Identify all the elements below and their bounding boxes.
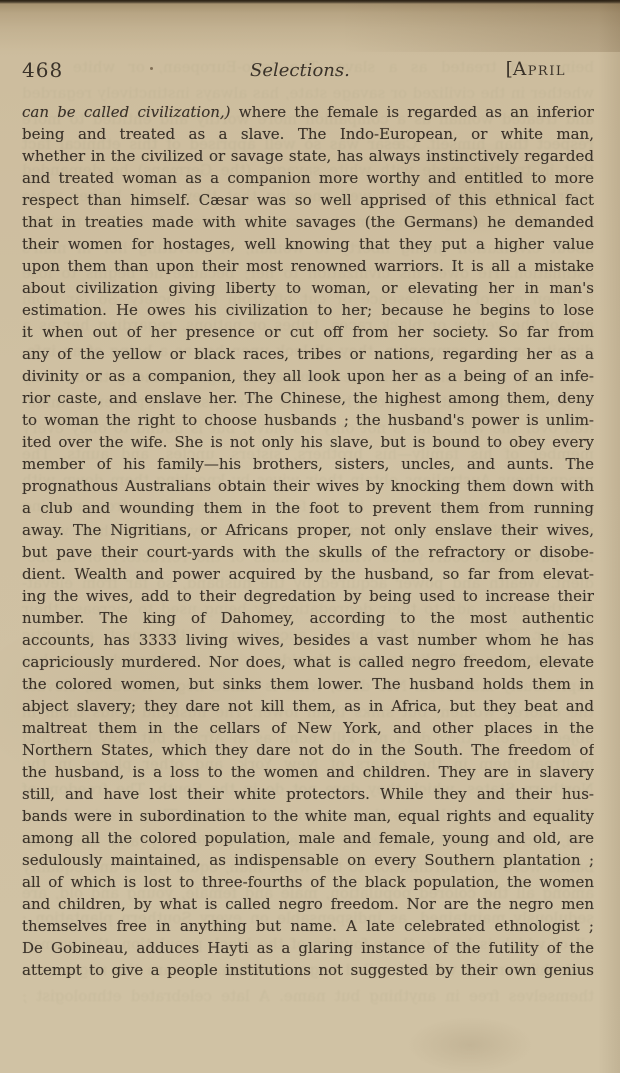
body-line-2: being and treated as a slave. The Indo-E… [22,123,594,145]
issue-bracket: [ [506,59,513,80]
body-line-34: among all the colored population, male a… [22,827,594,849]
body-line-33: bands were in subordination to the white… [22,805,594,827]
body-line-10: estimation. He owes his civilization to … [22,299,594,321]
body-line-6: that in treaties made with white savages… [22,211,594,233]
bleed-through-line: themselves free in anything but name. A … [22,984,594,1010]
body-line-26: capriciously murdered. Nor does, what is… [22,651,594,673]
body-line-30: Northern States, which they dare not do … [22,739,594,761]
ink-speck [150,67,153,70]
body-line-19: a club and wounding them in the foot to … [22,497,594,519]
body-line-7: their women for hostages, well knowing t… [22,233,594,255]
body-line-29: maltreat them in the cellars of New York… [22,717,594,739]
page-content: 468 Selections. [April can be called civ… [0,58,620,981]
page-header: 468 Selections. [April [22,58,594,84]
body-line-38: themselves free in anything but name. A … [22,915,594,937]
body-line-28: abject slavery; they dare not kill them,… [22,695,594,717]
scanned-page: being and treated as a slave. The Indo-E… [0,0,620,1073]
body-line-8: upon them than upon their most renowned … [22,255,594,277]
body-line-23: ing the wives, add to their degredation … [22,585,594,607]
body-line-27: the colored women, but sinks them lower.… [22,673,594,695]
body-line-5: respect than himself. Cæsar was so well … [22,189,594,211]
body-lines-container: being and treated as a slave. The Indo-E… [22,123,594,981]
body-line-1: can be called civilization,) where the f… [22,101,594,123]
body-line-25: accounts, has 3333 living wives, besides… [22,629,594,651]
italic-lead: can be called civilization,) [22,103,231,121]
running-title: Selections. [250,60,350,81]
body-line-4: and treated woman as a companion more wo… [22,167,594,189]
body-line-31: the husband, is a loss to the women and … [22,761,594,783]
body-line-22: dient. Wealth and power acquired by the … [22,563,594,585]
body-line-18: prognathous Australians obtain their wiv… [22,475,594,497]
body-line-12: any of the yellow or black races, tribes… [22,343,594,365]
first-line-rest: where the female is regarded as an infer… [231,103,594,121]
body-line-20: away. The Nigritians, or Africans proper… [22,519,594,541]
issue-month: April [513,59,566,80]
body-line-16: ited over the wife. She is not only his … [22,431,594,453]
body-line-36: all of which is lost to three-fourths of… [22,871,594,893]
body-line-35: sedulously maintained, as indispensable … [22,849,594,871]
page-top-edge-shadow [0,0,620,52]
body-line-3: whether in the civilized or savage state… [22,145,594,167]
body-line-21: but pave their court-yards with the skul… [22,541,594,563]
body-line-14: rior caste, and enslave her. The Chinese… [22,387,594,409]
body-line-24: number. The king of Dahomey, according t… [22,607,594,629]
page-body: can be called civilization,) where the f… [22,101,594,981]
body-line-15: to woman the right to choose husbands ; … [22,409,594,431]
body-line-11: it when out of her presence or cut off f… [22,321,594,343]
body-line-17: member of his family—his brothers, siste… [22,453,594,475]
body-line-39: De Gobineau, adduces Hayti as a glaring … [22,937,594,959]
body-line-9: about civilization giving liberty to wom… [22,277,594,299]
body-line-13: divinity or as a companion, they all loo… [22,365,594,387]
body-line-40: attempt to give a people institutions no… [22,959,594,981]
body-line-32: still, and have lost their white protect… [22,783,594,805]
body-line-37: and children, by what is called negro fr… [22,893,594,915]
issue-label: [April [506,59,566,80]
page-number: 468 [22,58,63,82]
